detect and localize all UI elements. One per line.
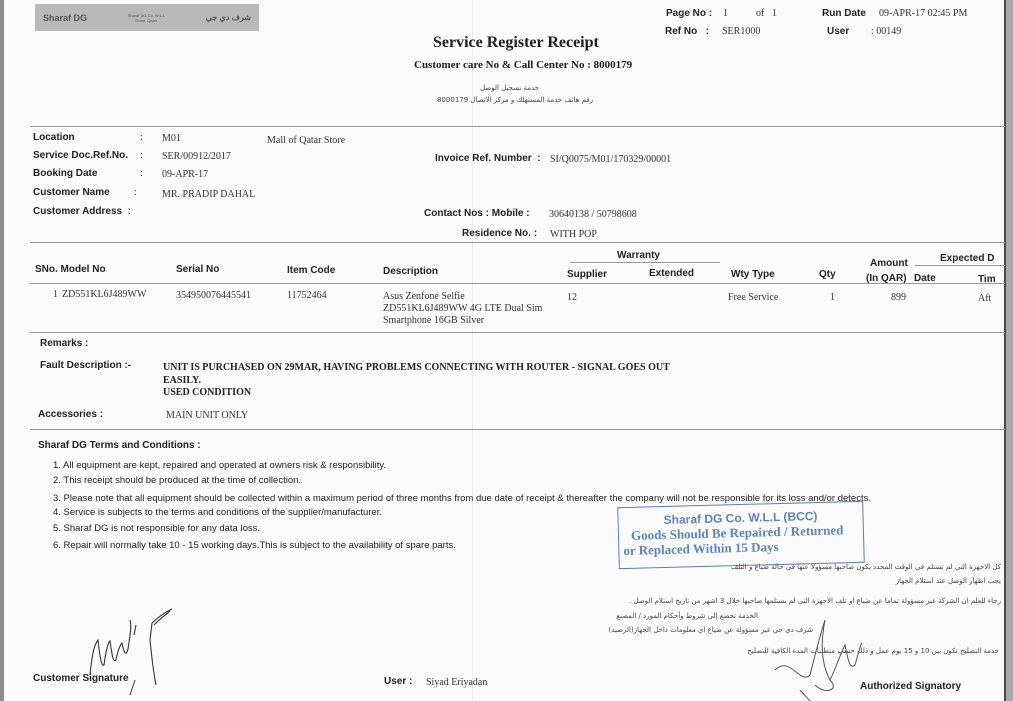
page-total: 1 [772,8,777,19]
terms-item: 2. This receipt should be produced at th… [53,475,301,486]
cell-amount: 899 [891,292,906,303]
customer-name: MR. PRADIP DAHAL [162,189,255,200]
cell-supplier: 12 [567,292,577,303]
col-supplier: Supplier [567,269,607,280]
mobile-numbers: 30640138 / 50798608 [549,209,637,220]
residence-no: WITH POP [550,229,597,240]
page-no: 1 [723,8,728,19]
run-date-label: Run Date [822,8,866,19]
run-date: 09-APR-17 02:45 PM [879,8,967,19]
company-logo-band: Sharaf DG Sharaf DG Co. W.L.L Doha, Qata… [35,4,259,31]
terms-heading: Sharaf DG Terms and Conditions : [38,440,201,451]
terms-item: 1. All equipment are kept, repaired and … [53,460,386,471]
ref-no: SER1000 [722,26,760,37]
divider-remarks [30,429,1005,430]
service-doc-label: Service Doc.Ref.No. [33,150,128,161]
warranty-underline [570,262,720,263]
terms-item: 6. Repair will normally take 10 - 15 wor… [53,540,456,551]
arabic-term: كل الاجهزة التي لم تستلم في الوقت المحدد… [731,563,1001,571]
fault-description-label: Fault Description :- [40,360,131,371]
divider-info [30,242,1005,243]
footer-user-name: Siyad Eriyadan [426,677,487,688]
invoice-ref-label: Invoice Ref. Number : [435,153,541,164]
page-title: Service Register Receipt [433,34,599,52]
location-code: M01 [162,133,181,144]
brand-logo: Sharaf DG [43,13,87,23]
cell-item-code: 11752464 [287,290,327,301]
footer-user-label: User : [384,676,412,687]
col-wty-type: Wty Type [731,269,775,280]
booking-date: 09-APR-17 [162,169,208,180]
ref-no-label: Ref No : [665,26,709,37]
page-no-label: Page No : [666,8,712,19]
col-amount: Amount [870,258,908,269]
call-center-line: Customer care No & Call Center No : 8000… [414,59,632,71]
col-qty: Qty [819,269,836,280]
service-doc-ref: SER/00912/2017 [162,151,231,162]
fault-description: UNIT IS PURCHASED ON 29MAR, HAVING PROBL… [163,362,670,400]
colon: : [134,187,137,198]
cell-model: ZD551KL6J489WW [62,289,146,300]
user-label: User [827,26,849,37]
colon: : [140,168,143,179]
terms-item: 4. Service is subjects to the terms and … [53,507,382,518]
brand-logo-arabic: شرف دي جي [206,13,251,22]
remarks-label: Remarks : [40,338,88,349]
cell-wty-type: Free Service [728,292,778,303]
arabic-title-line2: رقم هاتف خدمة المستهلك و مركز الاتصال 80… [437,96,593,104]
customer-name-label: Customer Name [33,187,110,198]
accessories-label: Accessories : [38,409,103,420]
customer-signature-label: Customer Signature [33,673,129,684]
arabic-term: رجاء للعلم ان الشركة غير مسؤولة تماما عن… [629,597,1001,605]
col-sno-model: SNo. Model No [35,264,106,275]
arabic-term: يجب اظهار الوصل عند استلام الجهاز [896,577,1001,585]
warranty-group-header: Warranty [617,250,660,261]
company-stamp: Sharaf DG Co. W.L.L (BCC) Goods Should B… [617,501,865,569]
scan-edge-right [1006,0,1013,701]
paper-fold [472,0,473,701]
invoice-ref: SI/Q0075/M01/170329/00001 [550,154,671,165]
residence-label: Residence No. : [462,228,537,239]
location-name: Mall of Qatar Store [267,135,345,146]
scan-edge-left [0,0,4,701]
terms-item: 3. Please note that all equipment should… [53,493,871,504]
divider-header [30,126,1005,127]
expected-group-header: Expected D [940,253,994,264]
col-extended: Extended [649,268,694,279]
expected-underline [915,265,1005,266]
arabic-term: الخدمة تخضع إلى شروط وأحكام المورد / الم… [616,612,758,620]
terms-item: 5. Sharaf DG is not responsible for any … [53,523,260,534]
cell-serial: 354950076445541 [176,290,251,301]
colon: : [140,132,143,143]
authorized-signatory-label: Authorized Signatory [860,681,961,692]
cell-time: Aft [978,293,991,304]
colon: : [140,150,143,161]
arabic-title-line1: خدمة تسجيل الوصل [480,84,539,92]
col-item-code: Item Code [287,265,335,276]
cell-sno: 1 [53,289,58,300]
divider-table-end [30,332,1005,333]
booking-date-label: Booking Date [33,168,97,179]
contact-label: Contact Nos : Mobile : [424,208,530,219]
cell-description: Asus Zenfone Selfie ZD551KL6J489WW 4G LT… [383,291,542,327]
logo-middle-text: Sharaf DG Co. W.L.L Doha, Qatar [128,13,166,23]
customer-signature-scribble [80,605,170,701]
location-label: Location [33,132,75,143]
divider-table-header [30,283,1005,284]
col-description: Description [383,266,438,277]
authorized-signature-scribble [770,615,870,701]
accessories: MAIN UNIT ONLY [166,410,248,421]
col-serial: Serial No [176,264,219,275]
customer-address-label: Customer Address : [33,206,131,217]
user-id: : 00149 [871,26,901,37]
cell-qty: 1 [830,292,835,303]
of-label: of [756,8,764,19]
